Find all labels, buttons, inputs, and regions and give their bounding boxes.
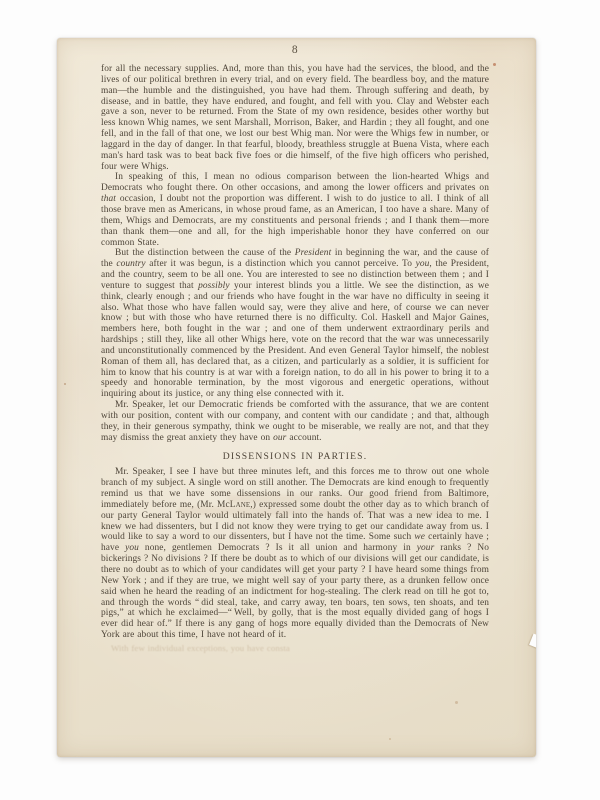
page-text: for all the necessary supplies. And, mor…: [101, 64, 489, 654]
foxing-speck: [455, 701, 458, 704]
foxing-speck: [389, 738, 391, 740]
page-number: 8: [101, 43, 489, 57]
scan-background: 8 for all the necessary supplies. And, m…: [0, 0, 600, 800]
paragraph-2: In speaking of this, I mean no odious co…: [101, 172, 489, 248]
show-through-smudge: [227, 495, 477, 503]
foxing-speck: [493, 63, 496, 66]
show-through-smudge: [177, 507, 477, 515]
paragraph-4: Mr. Speaker, let our Democratic friends …: [101, 400, 489, 443]
paragraph-3: But the distinction between the cause of…: [101, 248, 489, 400]
foxing-speck: [64, 383, 66, 385]
section-heading: DISSENSIONS IN PARTIES.: [101, 452, 489, 463]
document-page: 8 for all the necessary supplies. And, m…: [57, 38, 536, 757]
paper-edge-notch: [529, 634, 536, 649]
show-through-text: With few individual exceptions, you have…: [101, 643, 404, 654]
paragraph-5: Mr. Speaker, I see I have but three minu…: [101, 467, 489, 641]
paragraph-1: for all the necessary supplies. And, mor…: [101, 64, 489, 172]
